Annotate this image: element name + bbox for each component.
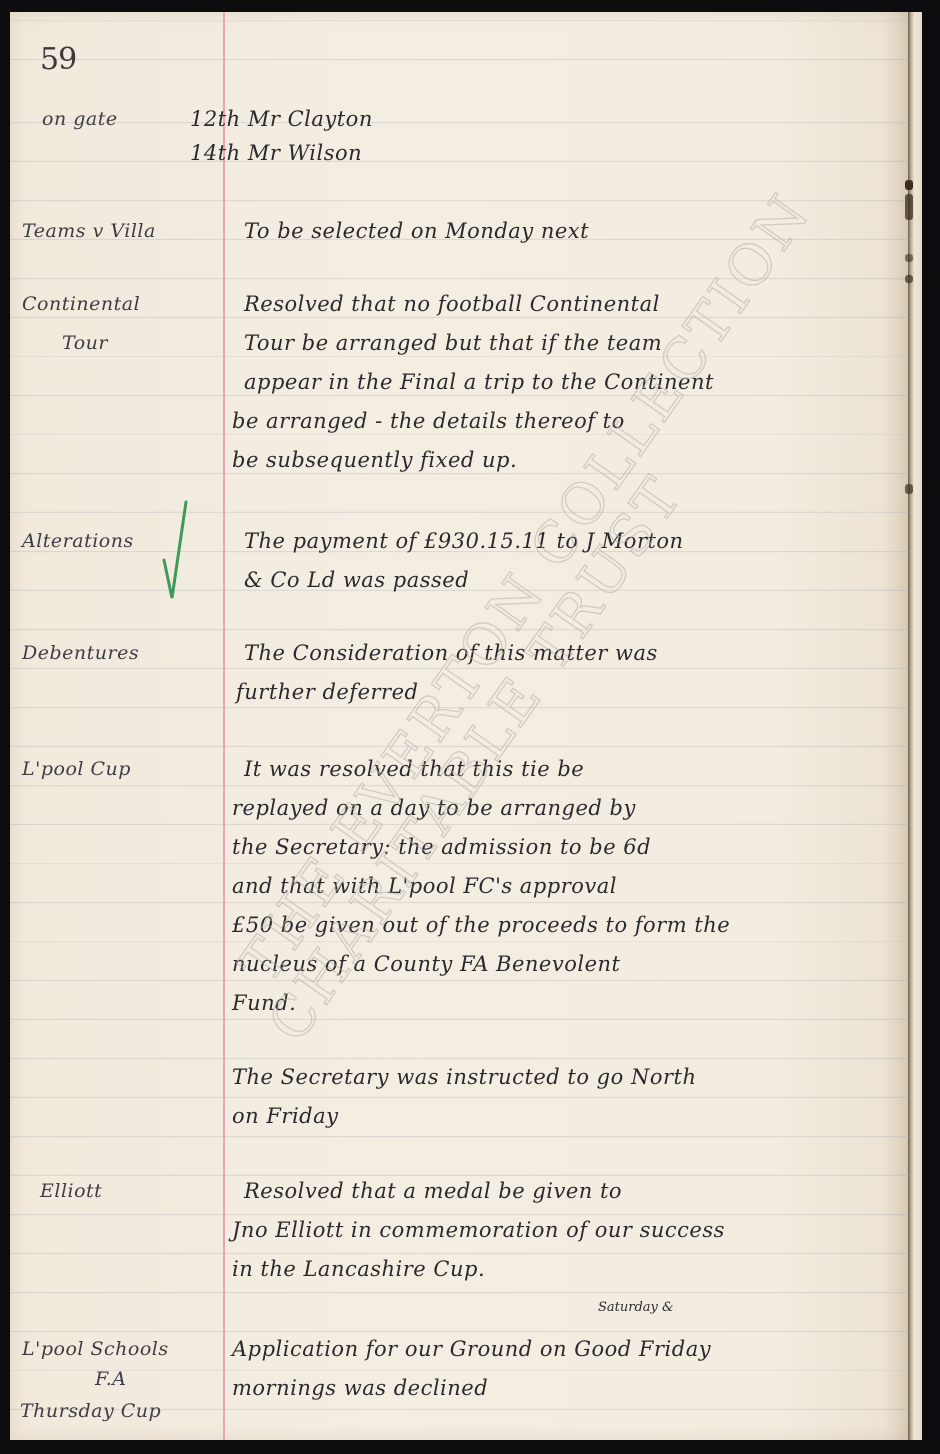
entry-line: appear in the Final a trip to the Contin… [244, 363, 714, 402]
page-number: 59 [40, 42, 76, 77]
entry-line: mornings was declined [232, 1369, 488, 1408]
entry-heading: on gate [42, 100, 118, 139]
entry-line: £50 be given out of the proceeds to form… [232, 906, 730, 945]
page-edge-gutter [908, 12, 922, 1440]
green-tick-mark-icon [160, 500, 190, 600]
entry-line: in the Lancashire Cup. [232, 1250, 485, 1289]
entry-line: Application for our Ground on Good Frida… [232, 1330, 711, 1369]
entry-line: replayed on a day to be arranged by [232, 789, 636, 828]
entry-heading: Alterations [22, 522, 134, 561]
entry-line: nucleus of a County FA Benevolent [232, 945, 620, 984]
entry-line: Jno Elliott in commemoration of our succ… [232, 1211, 725, 1250]
entry-line: The Consideration of this matter was [244, 634, 658, 673]
binding-stain [905, 484, 913, 494]
entry-line: further deferred [236, 673, 418, 712]
entry-line: 14th Mr Wilson [190, 134, 362, 173]
entry-line: be subsequently fixed up. [232, 441, 517, 480]
interlinear-insertion: Saturday & [598, 1300, 674, 1315]
entry-heading: Teams v Villa [22, 212, 156, 251]
entry-heading: Continental [22, 285, 140, 324]
entry-line: and that with L'pool FC's approval [232, 867, 617, 906]
binding-stain [905, 275, 913, 283]
entry-heading: Thursday Cup [20, 1392, 161, 1431]
entry-line: be arranged - the details thereof to [232, 402, 625, 441]
entry-line: To be selected on Monday next [244, 212, 589, 251]
entry-heading: Tour [62, 324, 108, 363]
red-margin-rule [223, 12, 225, 1440]
entry-line: on Friday [232, 1097, 339, 1136]
entry-line: The payment of £930.15.11 to J Morton [244, 522, 684, 561]
entry-line: & Co Ld was passed [244, 561, 469, 600]
entry-line: The Secretary was instructed to go North [232, 1058, 696, 1097]
entry-line: Resolved that a medal be given to [244, 1172, 622, 1211]
entry-heading: L'pool Cup [22, 750, 131, 789]
binding-stain [905, 254, 913, 262]
entry-line: Resolved that no football Continental [244, 285, 660, 324]
entry-line: Tour be arranged but that if the team [244, 324, 662, 363]
entry-line: Fund. [232, 984, 296, 1023]
entry-line: the Secretary: the admission to be 6d [232, 828, 651, 867]
entry-line: It was resolved that this tie be [244, 750, 584, 789]
entry-heading: Debentures [22, 634, 139, 673]
binding-stain [905, 180, 913, 190]
entry-heading: Elliott [40, 1172, 102, 1211]
binding-stain [905, 194, 913, 220]
